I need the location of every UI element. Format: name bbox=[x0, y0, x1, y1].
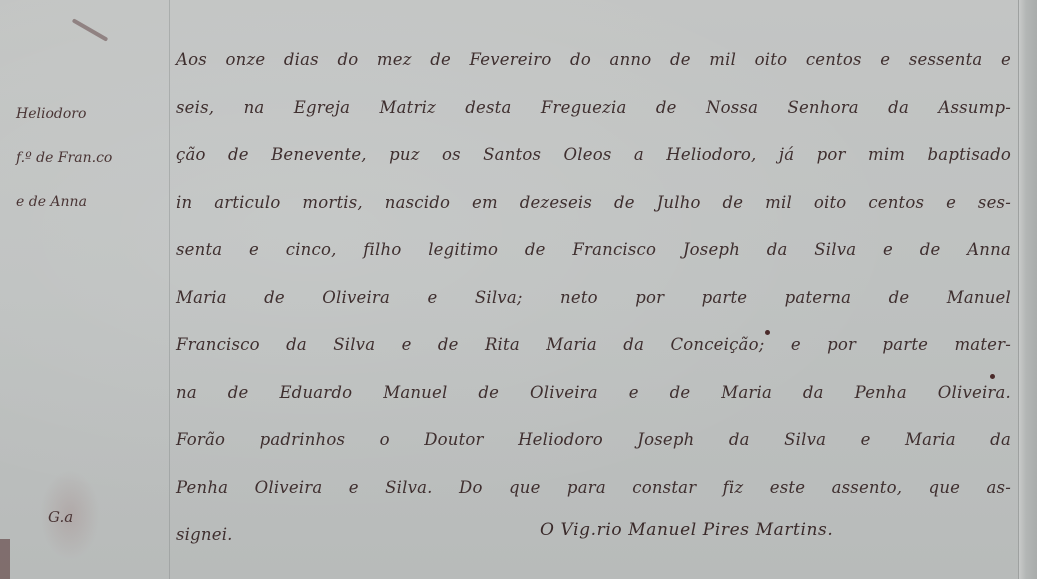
ink-spot bbox=[990, 374, 995, 379]
margin-note-line: e de Anna bbox=[16, 180, 161, 224]
text-line: in articulo mortis, nascido em dezeseis … bbox=[176, 179, 1011, 227]
margin-initial: G.a bbox=[48, 508, 73, 526]
text-line: Aos onze dias do mez de Fevereiro do ann… bbox=[176, 36, 1011, 84]
text-line: seis, na Egreja Matriz desta Freguezia d… bbox=[176, 84, 1011, 132]
margin-pen-mark bbox=[72, 18, 109, 41]
record-body: Aos onze dias do mez de Fevereiro do ann… bbox=[176, 36, 1011, 559]
signature: O Vig.rio Manuel Pires Martins. bbox=[540, 520, 833, 540]
text-line: Francisco da Silva e de Rita Maria da Co… bbox=[176, 321, 1011, 369]
text-line: senta e cinco, filho legitimo de Francis… bbox=[176, 226, 1011, 274]
text-line: Forão padrinhos o Doutor Heliodoro Josep… bbox=[176, 416, 1011, 464]
margin-rule bbox=[169, 0, 170, 579]
margin-note-line: f.º de Fran.co bbox=[16, 136, 161, 180]
ink-spot bbox=[765, 330, 770, 335]
text-line: Penha Oliveira e Silva. Do que para cons… bbox=[176, 464, 1011, 512]
margin-note: Heliodoro f.º de Fran.co e de Anna bbox=[16, 92, 161, 224]
text-line: ção de Benevente, puz os Santos Oleos a … bbox=[176, 131, 1011, 179]
text-line: Maria de Oliveira e Silva; neto por part… bbox=[176, 274, 1011, 322]
document-page: Heliodoro f.º de Fran.co e de Anna G.a A… bbox=[0, 0, 1037, 579]
corner-stain bbox=[0, 539, 10, 579]
margin-note-line: Heliodoro bbox=[16, 92, 161, 136]
text-line: na de Eduardo Manuel de Oliveira e de Ma… bbox=[176, 369, 1011, 417]
page-edge bbox=[1018, 0, 1037, 579]
